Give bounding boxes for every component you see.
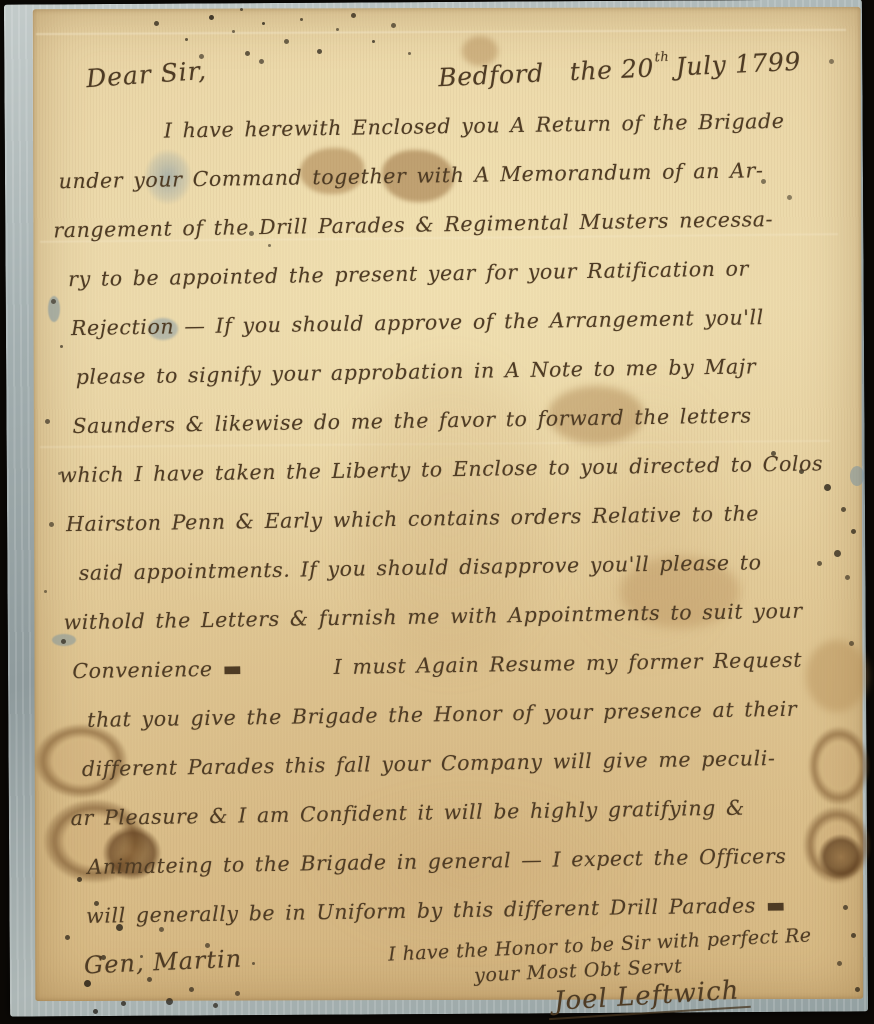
scanned-letter-page: Dear Sir, Bedfordthe 20thJuly 1799 I hav… bbox=[0, 0, 874, 1024]
letter-body: I have herewith Enclosed you A Return of… bbox=[52, 96, 867, 941]
dateline-day: the 20 bbox=[569, 53, 655, 86]
ink-speckles bbox=[0, 0, 3, 3]
dateline-day-superscript: th bbox=[654, 50, 669, 66]
dateline-place: Bedford bbox=[438, 58, 545, 92]
dateline-rest: July 1799 bbox=[675, 47, 801, 82]
